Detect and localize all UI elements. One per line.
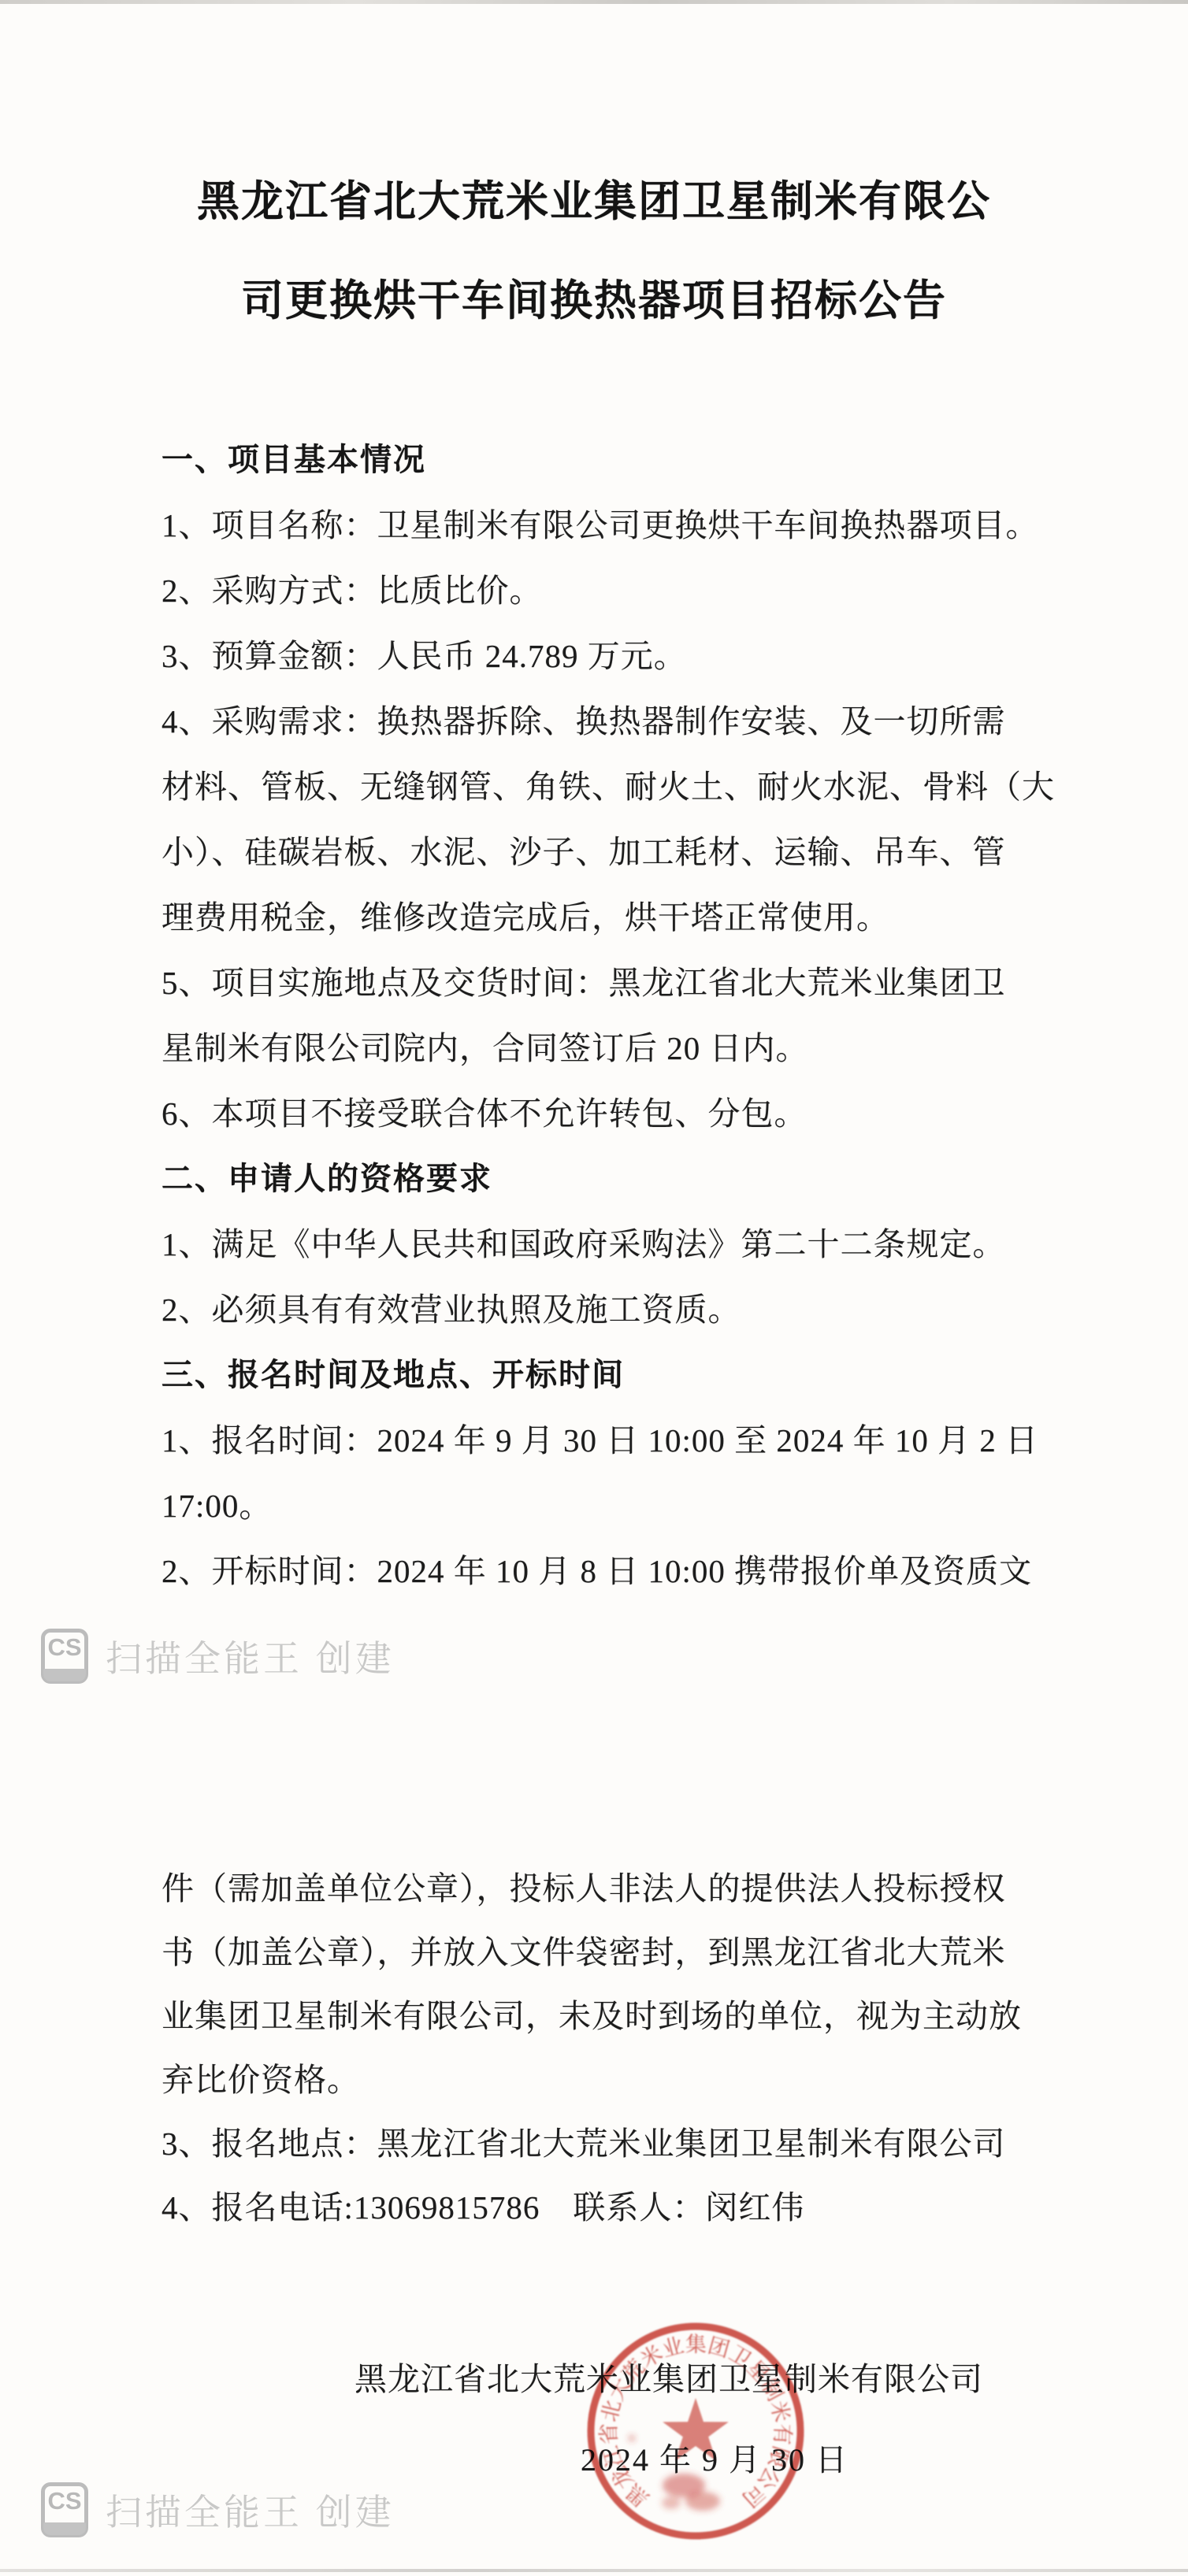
doc-line: 理费用税金，维修改造完成后，烘干塔正常使用。 (161, 885, 1075, 951)
doc-line: 4、采购需求：换热器拆除、换热器制作安装、及一切所需 (161, 689, 1075, 754)
doc-line: 2、采购方式：比质比价。 (161, 558, 1075, 624)
camscanner-logo-icon: CS (41, 1629, 88, 1684)
doc-line: 材料、管板、无缝钢管、角铁、耐火土、耐火水泥、骨料（大 (161, 754, 1075, 820)
camscanner-watermark: CS 扫描全能王 创建 (41, 1629, 395, 1684)
doc-line: 1、项目名称：卫星制米有限公司更换烘干车间换热器项目。 (161, 493, 1075, 558)
doc-line: 1、满足《中华人民共和国政府采购法》第二十二条规定。 (161, 1212, 1075, 1277)
title-line-2: 司更换烘干车间换热器项目招标公告 (0, 251, 1188, 350)
section-heading: 一、项目基本情况 (161, 428, 1075, 493)
section-heading: 二、申请人的资格要求 (161, 1147, 1075, 1212)
doc-line: 书（加盖公章），并放入文件袋密封，到黑龙江省北大荒米 (161, 1921, 1075, 1985)
doc-line: 17:00。 (161, 1473, 1075, 1539)
doc-line: 2、开标时间：2024 年 10 月 8 日 10:00 携带报价单及资质文 (161, 1539, 1075, 1604)
doc-line: 件（需加盖单位公章），投标人非法人的提供法人投标授权 (161, 1857, 1075, 1921)
camscanner-badge-bar (43, 2522, 86, 2535)
doc-line: 3、预算金额：人民币 24.789 万元。 (161, 624, 1075, 689)
doc-line: 1、报名时间：2024 年 9 月 30 日 10:00 至 2024 年 10… (161, 1408, 1075, 1473)
camscanner-badge-label: CS (45, 1633, 84, 1662)
seal-star-icon (663, 2398, 729, 2461)
doc-line: 业集团卫星制米有限公司，未及时到场的单位，视为主动放 (161, 1985, 1075, 2048)
doc-line: 6、本项目不接受联合体不允许转包、分包。 (161, 1081, 1075, 1147)
doc-line: 4、报名电话:13069815786 联系人：闵红伟 (161, 2176, 1075, 2240)
watermark-text: 扫描全能王 创建 (106, 1630, 395, 1682)
scan-top-edge (0, 0, 1188, 4)
doc-line: 2、必须具有有效营业执照及施工资质。 (161, 1277, 1075, 1343)
page1-body: 一、项目基本情况 1、项目名称：卫星制米有限公司更换烘干车间换热器项目。 2、采… (161, 428, 1075, 1604)
camscanner-badge-bar (43, 1669, 86, 1681)
camscanner-logo-icon: CS (41, 2482, 88, 2537)
document-title: 黑龙江省北大荒米业集团卫星制米有限公 司更换烘干车间换热器项目招标公告 (0, 152, 1188, 350)
doc-line: 小）、硅碳岩板、水泥、沙子、加工耗材、运输、吊车、管 (161, 820, 1075, 885)
doc-line: 弃比价资格。 (161, 2048, 1075, 2112)
company-seal-stamp: 黑龙江省北大荒米业集团卫星制米有限公司 (583, 2322, 808, 2547)
section-heading: 三、报名时间及地点、开标时间 (161, 1343, 1075, 1408)
camscanner-badge-label: CS (45, 2487, 84, 2515)
scan-bottom-edge (0, 2569, 1188, 2572)
watermark-text: 扫描全能王 创建 (106, 2484, 395, 2536)
doc-line: 3、报名地点：黑龙江省北大荒米业集团卫星制米有限公司 (161, 2112, 1075, 2176)
page2-body: 件（需加盖单位公章），投标人非法人的提供法人投标授权 书（加盖公章），并放入文件… (161, 1857, 1075, 2240)
title-line-1: 黑龙江省北大荒米业集团卫星制米有限公 (0, 152, 1188, 251)
doc-line: 5、项目实施地点及交货时间：黑龙江省北大荒米业集团卫 (161, 951, 1075, 1016)
camscanner-watermark: CS 扫描全能王 创建 (41, 2482, 395, 2537)
doc-line: 星制米有限公司院内，合同签订后 20 日内。 (161, 1016, 1075, 1081)
